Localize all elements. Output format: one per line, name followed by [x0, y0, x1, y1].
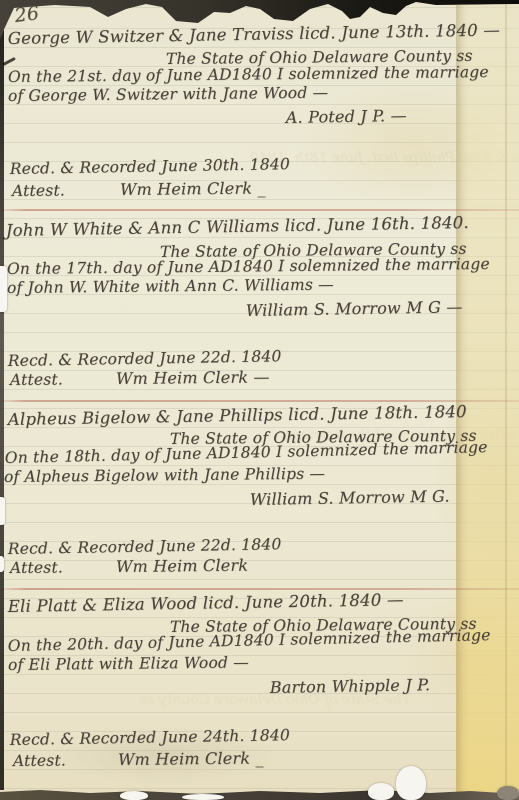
entry-divider-line: [0, 400, 519, 402]
entry-license-line: John W White & Ann C Williams licd. June…: [6, 213, 469, 240]
recorded-line: Recd. & Recorded June 30th. 1840: [10, 155, 290, 178]
recorded-line: Recd. & Recorded June 22d. 1840: [8, 535, 282, 558]
clerk-signature: Wm Heim Clerk: [116, 556, 248, 576]
attest-label: Attest.: [12, 181, 65, 200]
torn-paper-bit: [0, 556, 4, 572]
torn-paper-bit: [0, 497, 5, 525]
entry-divider-line: [0, 588, 519, 590]
entry-solemnized-line: of John W. White with Ann C. Williams —: [7, 276, 334, 297]
photograph-background: Alpheus Bigelow & Jane Phillips licd. Ju…: [0, 0, 519, 800]
torn-paper-bit: [497, 786, 519, 800]
officiant-signature: Barton Whipple J P.: [270, 675, 431, 697]
entry-solemnized-line: of Eli Platt with Eliza Wood —: [8, 653, 249, 674]
torn-paper-bit: [0, 266, 7, 312]
clerk-signature: Wm Heim Clerk —: [116, 367, 270, 388]
torn-paper-bit: [368, 783, 394, 800]
attest-label: Attest.: [10, 558, 63, 577]
entry-license-line: George W Switzer & Jane Traviss licd. Ju…: [8, 20, 500, 48]
entry-license-line: Alpheus Bigelow & Jane Phillips licd. Ju…: [8, 402, 467, 429]
officiant-signature: William S. Morrow M G.: [250, 487, 450, 509]
torn-paper-bit: [120, 791, 148, 800]
officiant-signature: A. Poted J P. —: [286, 106, 407, 127]
page-left-edge: [0, 30, 4, 790]
entry-solemnized-line: of Alpheus Bigelow with Jane Phillips —: [4, 465, 325, 486]
torn-paper-bit: [396, 766, 426, 800]
entry-license-line: Eli Platt & Eliza Wood licd. June 20th. …: [8, 590, 404, 616]
entry-divider-line: [0, 209, 519, 211]
pen-mark: [2, 57, 16, 66]
recorded-line: Recd. & Recorded June 24th. 1840: [10, 726, 290, 749]
table-surface-bottom: [0, 786, 519, 800]
clerk-signature: Wm Heim Clerk _: [118, 748, 264, 769]
attest-label: Attest.: [13, 751, 66, 770]
ledger-page: Alpheus Bigelow & Jane Phillips licd. Ju…: [0, 0, 519, 800]
officiant-signature: William S. Morrow M G —: [246, 297, 463, 320]
entry-solemnized-line: On the 21st. day of June AD1840 I solemn…: [8, 63, 489, 86]
entry-solemnized-line: On the 17th. day of June AD1840 I solemn…: [7, 255, 490, 278]
recorded-line: Recd. & Recorded June 22d. 1840: [8, 347, 282, 370]
entry-solemnized-line: of George W. Switzer with Jane Wood —: [8, 84, 329, 105]
clerk-signature: Wm Heim Clerk _: [120, 178, 266, 199]
attest-label: Attest.: [10, 370, 63, 389]
torn-paper-bit: [182, 794, 224, 800]
page-number: 26: [13, 2, 40, 27]
